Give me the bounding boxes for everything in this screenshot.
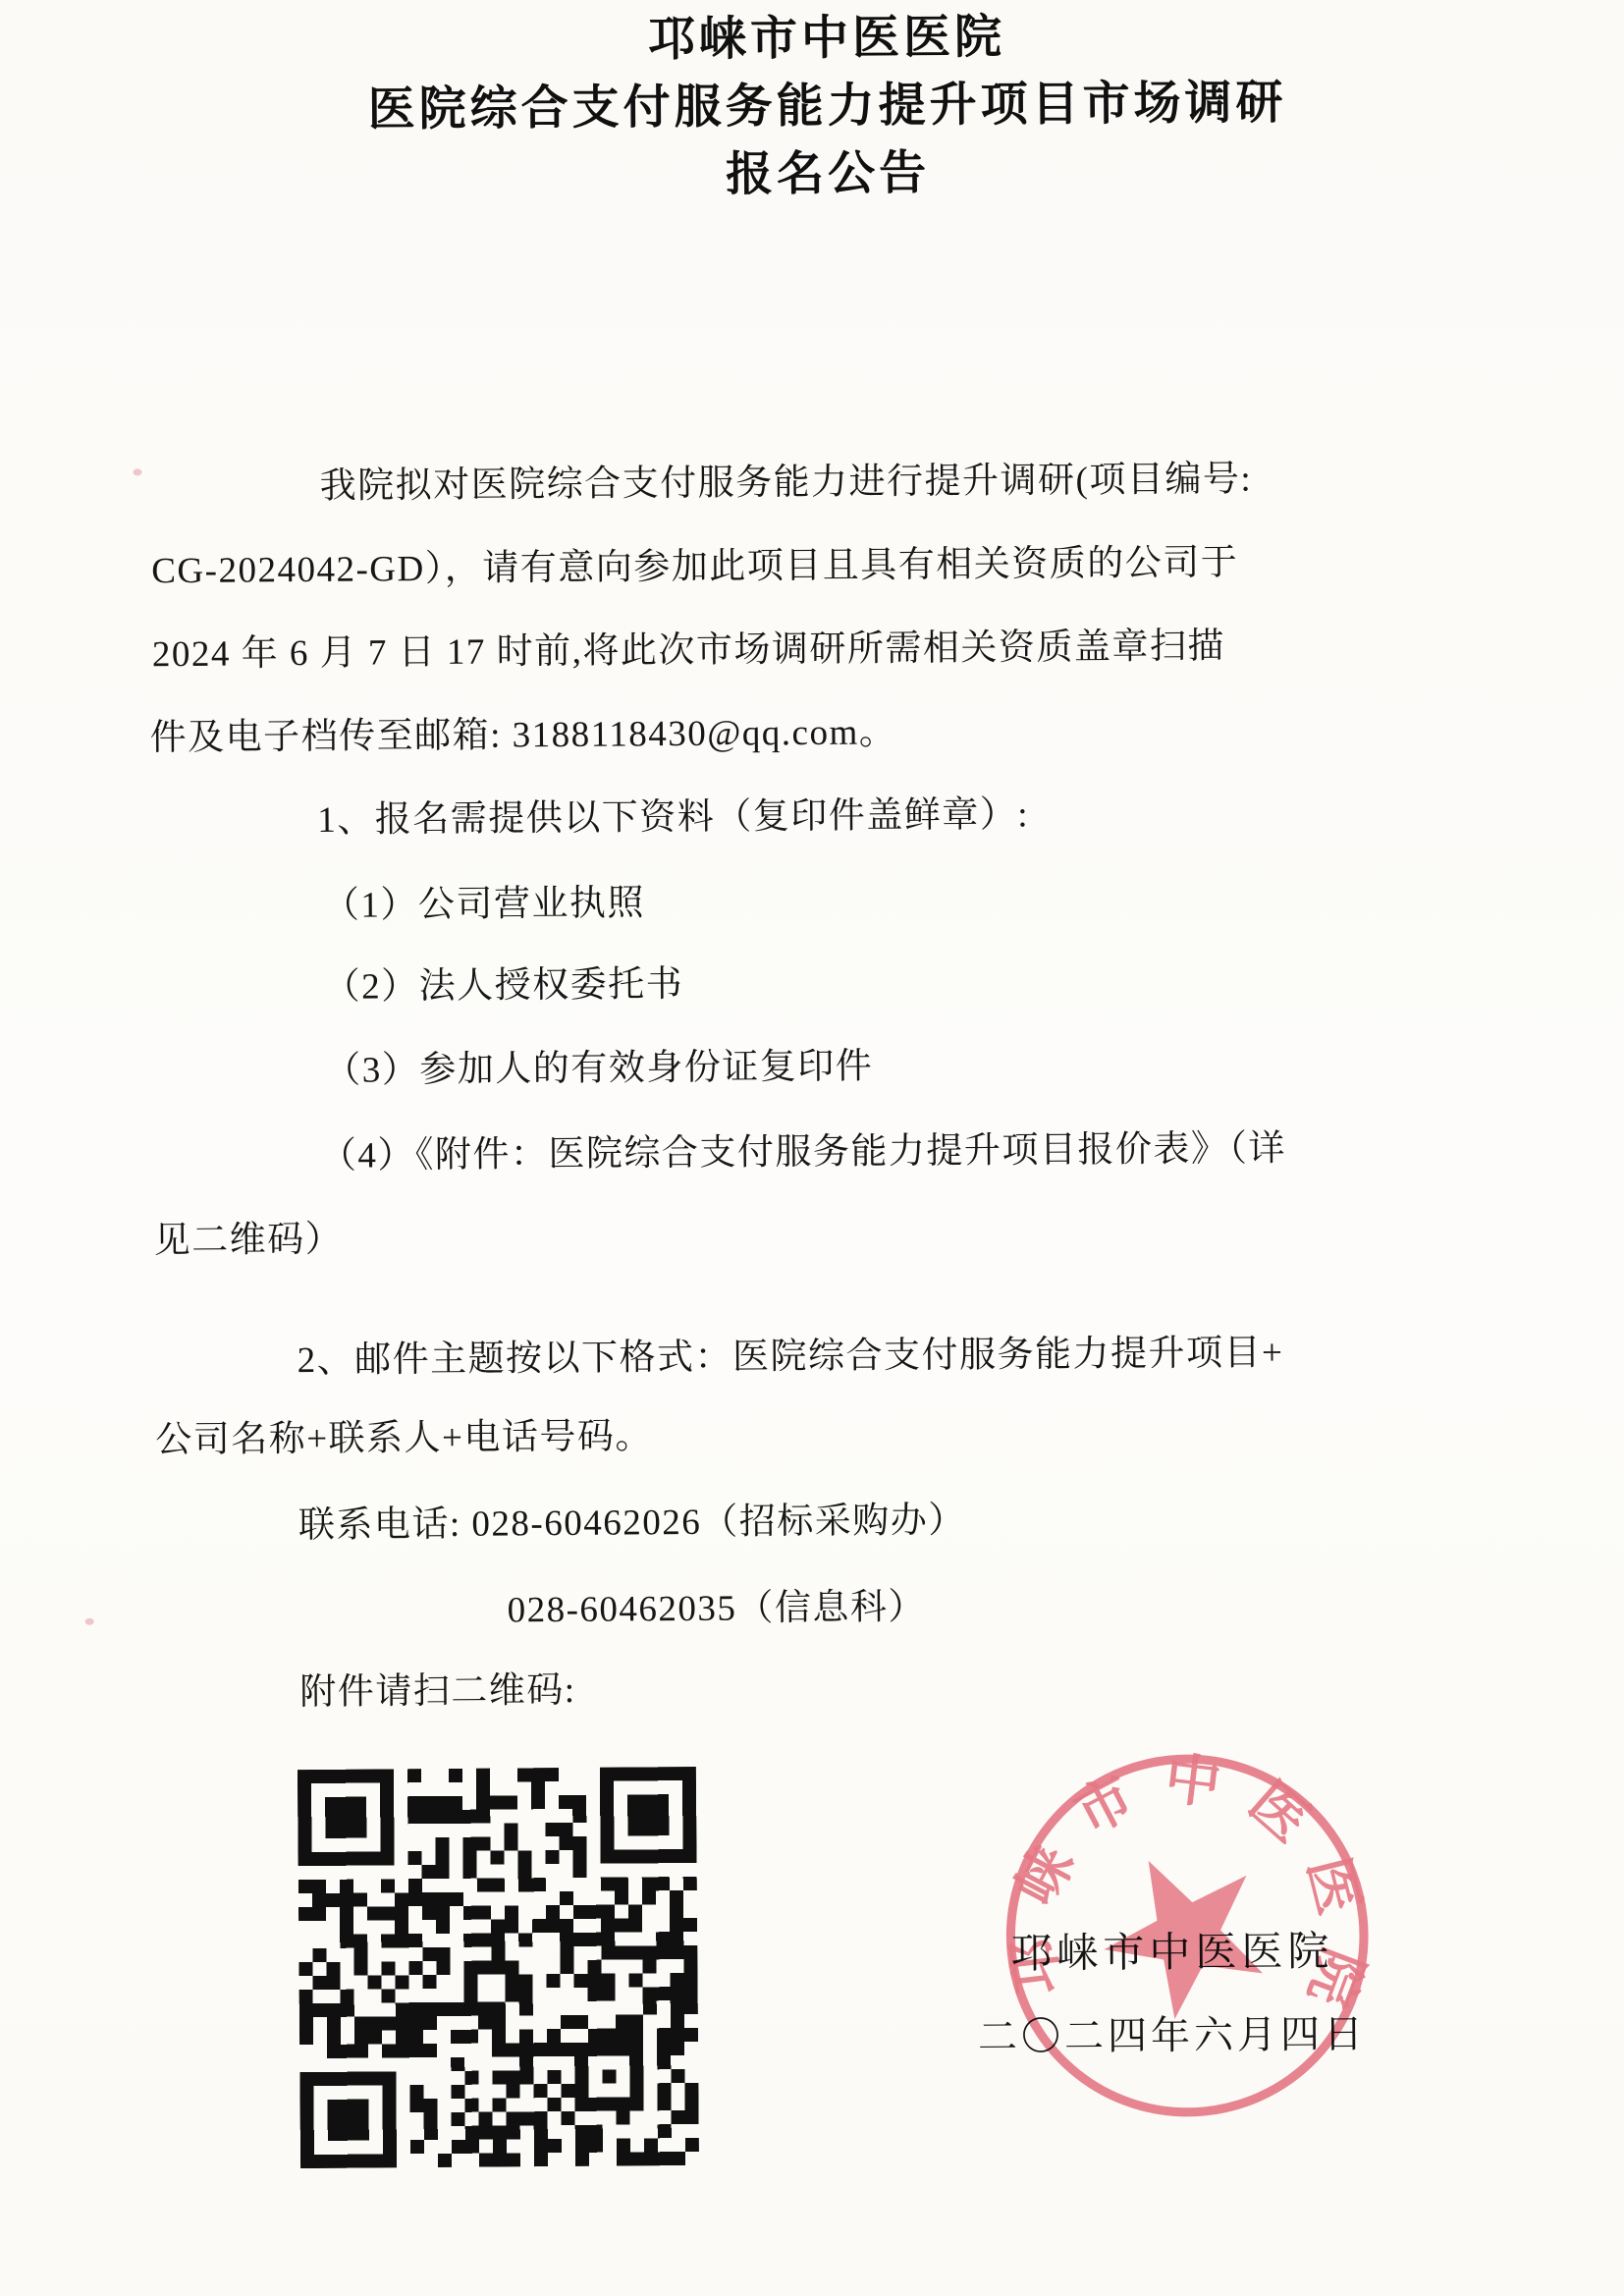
scanned-document-page: 邛崃市中医医院 医院综合支付服务能力提升项目市场调研 报名公告 我院拟对医院综合…	[0, 0, 1624, 2296]
paragraph1-line2: CG-2024042-GD），请有意向参加此项目且具有相关资质的公司于	[151, 532, 1238, 594]
qr-code	[298, 1767, 699, 2168]
document-title-announcement: 报名公告	[0, 130, 1617, 210]
list-item-1-sub4-line2: 见二维码）	[153, 1209, 343, 1264]
scan-artifact	[85, 1618, 94, 1625]
signature-org: 邛崃市中医医院	[1010, 1919, 1333, 1981]
contact-phone-1: 联系电话: 028-60462026（招标采购办）	[298, 1490, 966, 1548]
list-item-1-sub2: （2）法人授权委托书	[323, 954, 683, 1010]
document-content: 邛崃市中医医院 医院综合支付服务能力提升项目市场调研 报名公告 我院拟对医院综合…	[0, 0, 1624, 2296]
list-item-1-sub3: （3）参加人的有效身份证复印件	[324, 1036, 873, 1093]
paragraph1-line3: 2024 年 6 月 7 日 17 时前,将此次市场调研所需相关资质盖章扫描	[152, 616, 1225, 678]
qr-code-image	[298, 1767, 699, 2168]
document-title-project: 医院综合支付服务能力提升项目市场调研	[0, 62, 1617, 142]
paragraph1-line1: 我院拟对医院综合支付服务能力进行提升调研(项目编号:	[319, 448, 1252, 508]
qr-hint-text: 附件请扫二维码:	[299, 1660, 576, 1715]
paragraph1-line4: 件及电子档传至邮箱: 3188118430@qq.com。	[149, 701, 896, 760]
list-item-2-line1: 2、邮件主题按以下格式：医院综合支付服务能力提升项目+	[297, 1322, 1283, 1383]
contact-phone-2: 028-60462035（信息科）	[507, 1576, 926, 1632]
list-item-2-line2: 公司名称+联系人+电话号码。	[155, 1405, 653, 1462]
scan-artifact	[133, 468, 141, 475]
signature-date: 二〇二四年六月四日	[978, 2003, 1367, 2062]
list-item-1: 1、报名需提供以下资料（复印件盖鲜章）:	[317, 784, 1029, 843]
list-item-1-sub1: （1）公司营业执照	[323, 872, 645, 928]
list-item-1-sub4-line1: （4）《附件：医院综合支付服务能力提升项目报价表》（详	[320, 1118, 1286, 1178]
